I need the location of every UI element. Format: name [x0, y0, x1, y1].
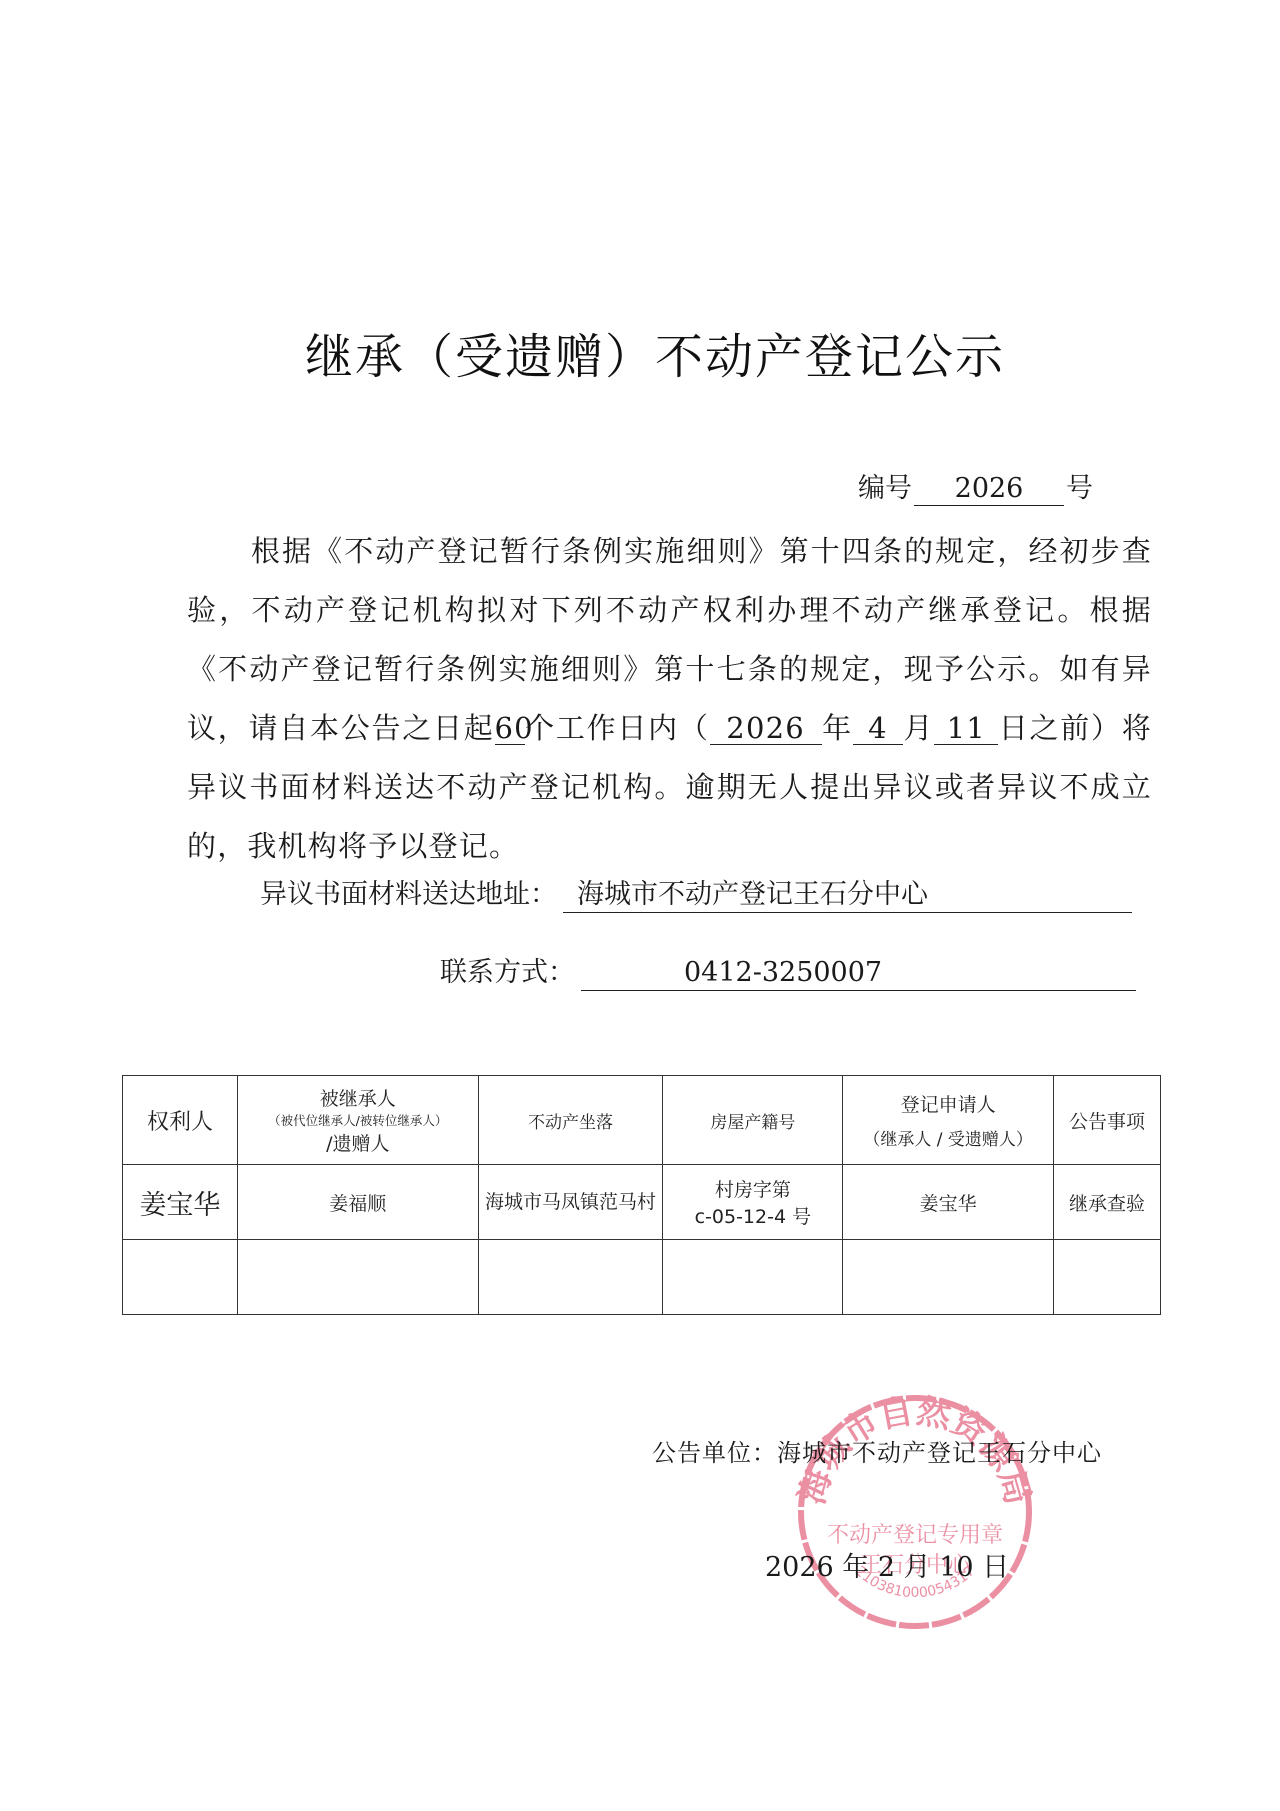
- cell-decedent: [237, 1240, 478, 1315]
- cell-house-no-line2: c-05-12-4 号: [665, 1202, 840, 1229]
- issuer: 公告单位：海城市不动产登记王石分中心: [652, 1433, 1102, 1468]
- header-applicant: 登记申请人 （继承人 / 受遗赠人）: [843, 1076, 1054, 1165]
- issuer-name: 海城市不动产登记王石分中心: [777, 1439, 1102, 1467]
- table-row: [123, 1240, 1161, 1315]
- objection-address-label: 异议书面材料送达地址：: [260, 879, 557, 910]
- contact-phone: 0412-3250007: [581, 956, 1136, 991]
- header-decedent-main: 被继承人: [240, 1084, 476, 1111]
- cell-house-no: [663, 1240, 843, 1315]
- header-applicant-main: 登记申请人: [845, 1090, 1051, 1117]
- body-text-part2: 个工作日内（: [525, 711, 710, 745]
- contact-label: 联系方式：: [440, 957, 575, 988]
- contact-info: 联系方式：0412-3250007: [440, 950, 1136, 991]
- objection-address: 异议书面材料送达地址：海城市不动产登记王石分中心: [260, 872, 1132, 913]
- header-rights-holder: 权利人: [123, 1076, 238, 1165]
- year-label: 年: [822, 711, 853, 745]
- cell-rights-holder: [123, 1240, 238, 1315]
- document-number-value: 2026: [914, 473, 1064, 506]
- header-decedent-note: （被代位继承人/被转位继承人）: [240, 1111, 476, 1129]
- document-title: 继承（受遗赠）不动产登记公示: [0, 318, 1280, 387]
- header-decedent-suffix: /遗赠人: [240, 1129, 476, 1156]
- cell-applicant: 姜宝华: [843, 1165, 1054, 1240]
- header-decedent: 被继承人 （被代位继承人/被转位继承人） /遗赠人: [237, 1076, 478, 1165]
- document-number-label: 编号: [858, 473, 912, 504]
- month-label: 月: [903, 711, 934, 745]
- deadline-day: 11: [934, 712, 998, 745]
- notice-body: 根据《不动产登记暂行条例实施细则》第十四条的规定，经初步查验，不动产登记机构拟对…: [187, 522, 1152, 876]
- official-seal-icon: 海城市自然资源局 不动产登记专用章 王石分中心 210381000054317: [795, 1392, 1035, 1632]
- table-row: 姜宝华 姜福顺 海城市马凤镇范马村 村房字第 c-05-12-4 号 姜宝华 继…: [123, 1165, 1161, 1240]
- document-number-suffix: 号: [1066, 473, 1093, 504]
- table-header-row: 权利人 被继承人 （被代位继承人/被转位继承人） /遗赠人 不动产坐落 房屋产籍…: [123, 1076, 1161, 1165]
- issuer-label: 公告单位：: [652, 1439, 777, 1467]
- registration-table: 权利人 被继承人 （被代位继承人/被转位继承人） /遗赠人 不动产坐落 房屋产籍…: [122, 1075, 1161, 1315]
- issue-date: 2026 年 2 月 10 日: [765, 1545, 1009, 1584]
- cell-location: 海城市马凤镇范马村: [478, 1165, 663, 1240]
- cell-applicant: [843, 1240, 1054, 1315]
- document-number: 编号2026号: [858, 466, 1093, 506]
- deadline-month: 4: [853, 712, 903, 745]
- cell-matter: [1054, 1240, 1161, 1315]
- cell-matter: 继承查验: [1054, 1165, 1161, 1240]
- header-matter: 公告事项: [1054, 1076, 1161, 1165]
- cell-rights-holder: 姜宝华: [123, 1165, 238, 1240]
- header-location: 不动产坐落: [478, 1076, 663, 1165]
- cell-location: [478, 1240, 663, 1315]
- objection-address-value: 海城市不动产登记王石分中心: [563, 878, 1132, 913]
- cell-house-no-line1: 村房字第: [665, 1175, 840, 1202]
- cell-decedent: 姜福顺: [237, 1165, 478, 1240]
- cell-house-no: 村房字第 c-05-12-4 号: [663, 1165, 843, 1240]
- header-house-no: 房屋产籍号: [663, 1076, 843, 1165]
- working-days: 60: [495, 712, 525, 745]
- header-applicant-note: （继承人 / 受遗赠人）: [845, 1125, 1051, 1150]
- deadline-year: 2026: [710, 712, 822, 745]
